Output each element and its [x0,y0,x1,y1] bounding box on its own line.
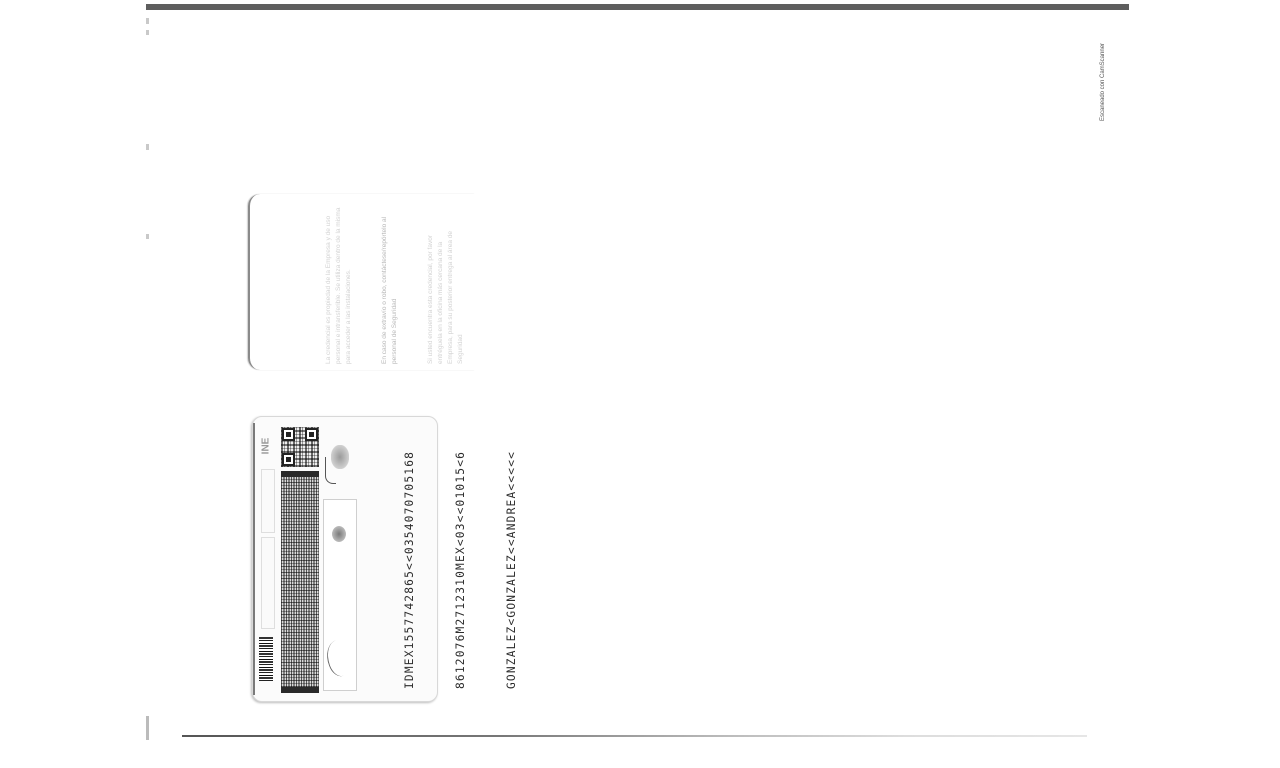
fingerprint-icon [332,526,346,542]
scan-edge-artifact [146,30,149,35]
card-edge [253,423,255,695]
watermark-text: Escaneado con CamScanner [1100,43,1106,121]
security-paragraph-3: Si usted encuentra esta credencial, por … [426,214,466,364]
qr-finder [282,453,295,466]
scan-edge-artifact [146,234,149,239]
mrz-line-3: GONZALEZ<GONZALEZ<<ANDREA<<<<< [503,451,520,689]
machine-readable-zone: IDMEX1557742865<<0354070705168 8612076M2… [367,451,554,689]
camscanner-watermark: Escaneado con CamScanner [1097,40,1109,124]
mrz-line-2: 8612076M2712310MEX<03<<01015<6 [452,451,469,689]
emblem-signature-area [323,427,357,489]
security-paragraph-1: La credencial es propiedad de la Empresa… [324,204,354,364]
scan-edge-artifact [146,716,149,740]
pdf417-barcode-icon [281,471,319,693]
scan-bottom-rule [182,735,1087,737]
qr-finder [305,428,318,441]
ine-logo: INE [259,431,273,461]
mrz-line-1: IDMEX1557742865<<0354070705168 [401,451,418,689]
security-paragraph-2: En caso de extravío o robo, contáctese/r… [380,214,400,364]
ine-id-card-back: INE IDMEX1557742865<<0354070705168 86120… [252,416,438,702]
qr-code-icon [281,427,319,467]
scan-edge-artifact [146,144,149,150]
scan-edge-artifact [146,18,149,24]
official-signature-icon [325,457,336,484]
security-card: La credencial es propiedad de la Empresa… [248,194,475,370]
card-field-box [261,469,275,533]
holder-signature-box [323,499,357,691]
scanned-page: Escaneado con CamScanner La credencial e… [146,4,1129,768]
qr-finder [282,428,295,441]
scan-top-border [146,4,1129,10]
signature-icon [322,637,358,679]
barcode-icon [259,637,273,681]
ine-logo-text: INE [261,438,272,455]
card-field-box [261,537,275,629]
